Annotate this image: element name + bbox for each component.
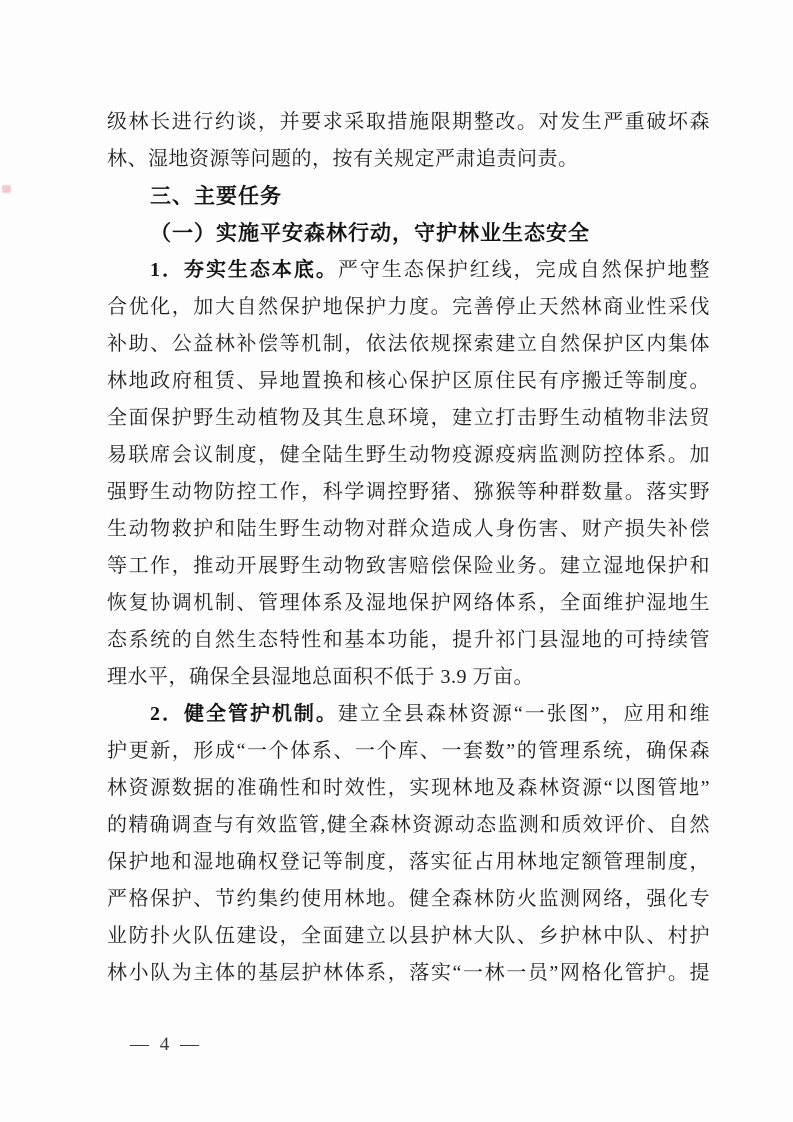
document-line: 林地政府租赁、异地置换和核心保护区原住民有序搬迁等制度。 [107,363,710,400]
document-line: 的精确调查与有效监管,健全森林资源动态监测和质效评价、自然 [107,807,710,844]
document-line: 补助、公益林补偿等机制，依法依规探索建立自然保护区内集体 [107,326,710,363]
subsection-heading: （一）实施平安森林行动，守护林业生态安全 [107,215,710,252]
document-line: 恢复协调机制、管理体系及湿地保护网络体系，全面维护湿地生 [107,585,710,622]
document-line: 2．健全管护机制。建立全县森林资源“一张图”，应用和维 [107,696,710,733]
document-line: 理水平，确保全县湿地总面积不低于 3.9 万亩。 [107,659,710,696]
document-line: 合优化，加大自然保护地保护力度。完善停止天然林商业性采伐 [107,289,710,326]
document-line: 生动物救护和陆生野生动物对群众造成人身伤害、财产损失补偿 [107,511,710,548]
document-line: 业防扑火队伍建设，全面建立以县护林大队、乡护林中队、村护 [107,918,710,955]
page-number: — 4 — [130,1034,202,1056]
document-page: 级林长进行约谈，并要求采取措施限期整改。对发生严重破坏森林、湿地资源等问题的，按… [0,0,793,1122]
document-line: 全面保护野生动植物及其生息环境，建立打击野生动植物非法贸 [107,400,710,437]
document-line: 强野生动物防控工作，科学调控野猪、猕猴等种群数量。落实野 [107,474,710,511]
document-line: 护更新，形成“一个体系、一个库、一套数”的管理系统，确保森 [107,733,710,770]
line-bold-lead: 1．夯实生态本底。 [150,259,338,281]
document-line: 级林长进行约谈，并要求采取措施限期整改。对发生严重破坏森 [107,104,710,141]
document-line: 林资源数据的准确性和时效性，实现林地及森林资源“以图管地” [107,770,710,807]
document-line: 1．夯实生态本底。严守生态保护红线，完成自然保护地整 [107,252,710,289]
document-line: 等工作，推动开展野生动物致害赔偿保险业务。建立湿地保护和 [107,548,710,585]
scan-artifact-mark [2,185,11,193]
line-bold-lead: 2．健全管护机制。 [150,703,338,725]
document-content: 级林长进行约谈，并要求采取措施限期整改。对发生严重破坏森林、湿地资源等问题的，按… [107,104,710,992]
document-line: 易联席会议制度，健全陆生野生动物疫源疫病监测防控体系。加 [107,437,710,474]
document-line: 保护地和湿地确权登记等制度，落实征占用林地定额管理制度， [107,844,710,881]
document-line: 严格保护、节约集约使用林地。健全森林防火监测网络，强化专 [107,881,710,918]
document-line: 林、湿地资源等问题的，按有关规定严肃追责问责。 [107,141,710,178]
document-line: 态系统的自然生态特性和基本功能，提升祁门县湿地的可持续管 [107,622,710,659]
section-heading: 三、主要任务 [107,178,710,215]
document-line: 林小队为主体的基层护林体系，落实“一林一员”网格化管护。提 [107,955,710,992]
